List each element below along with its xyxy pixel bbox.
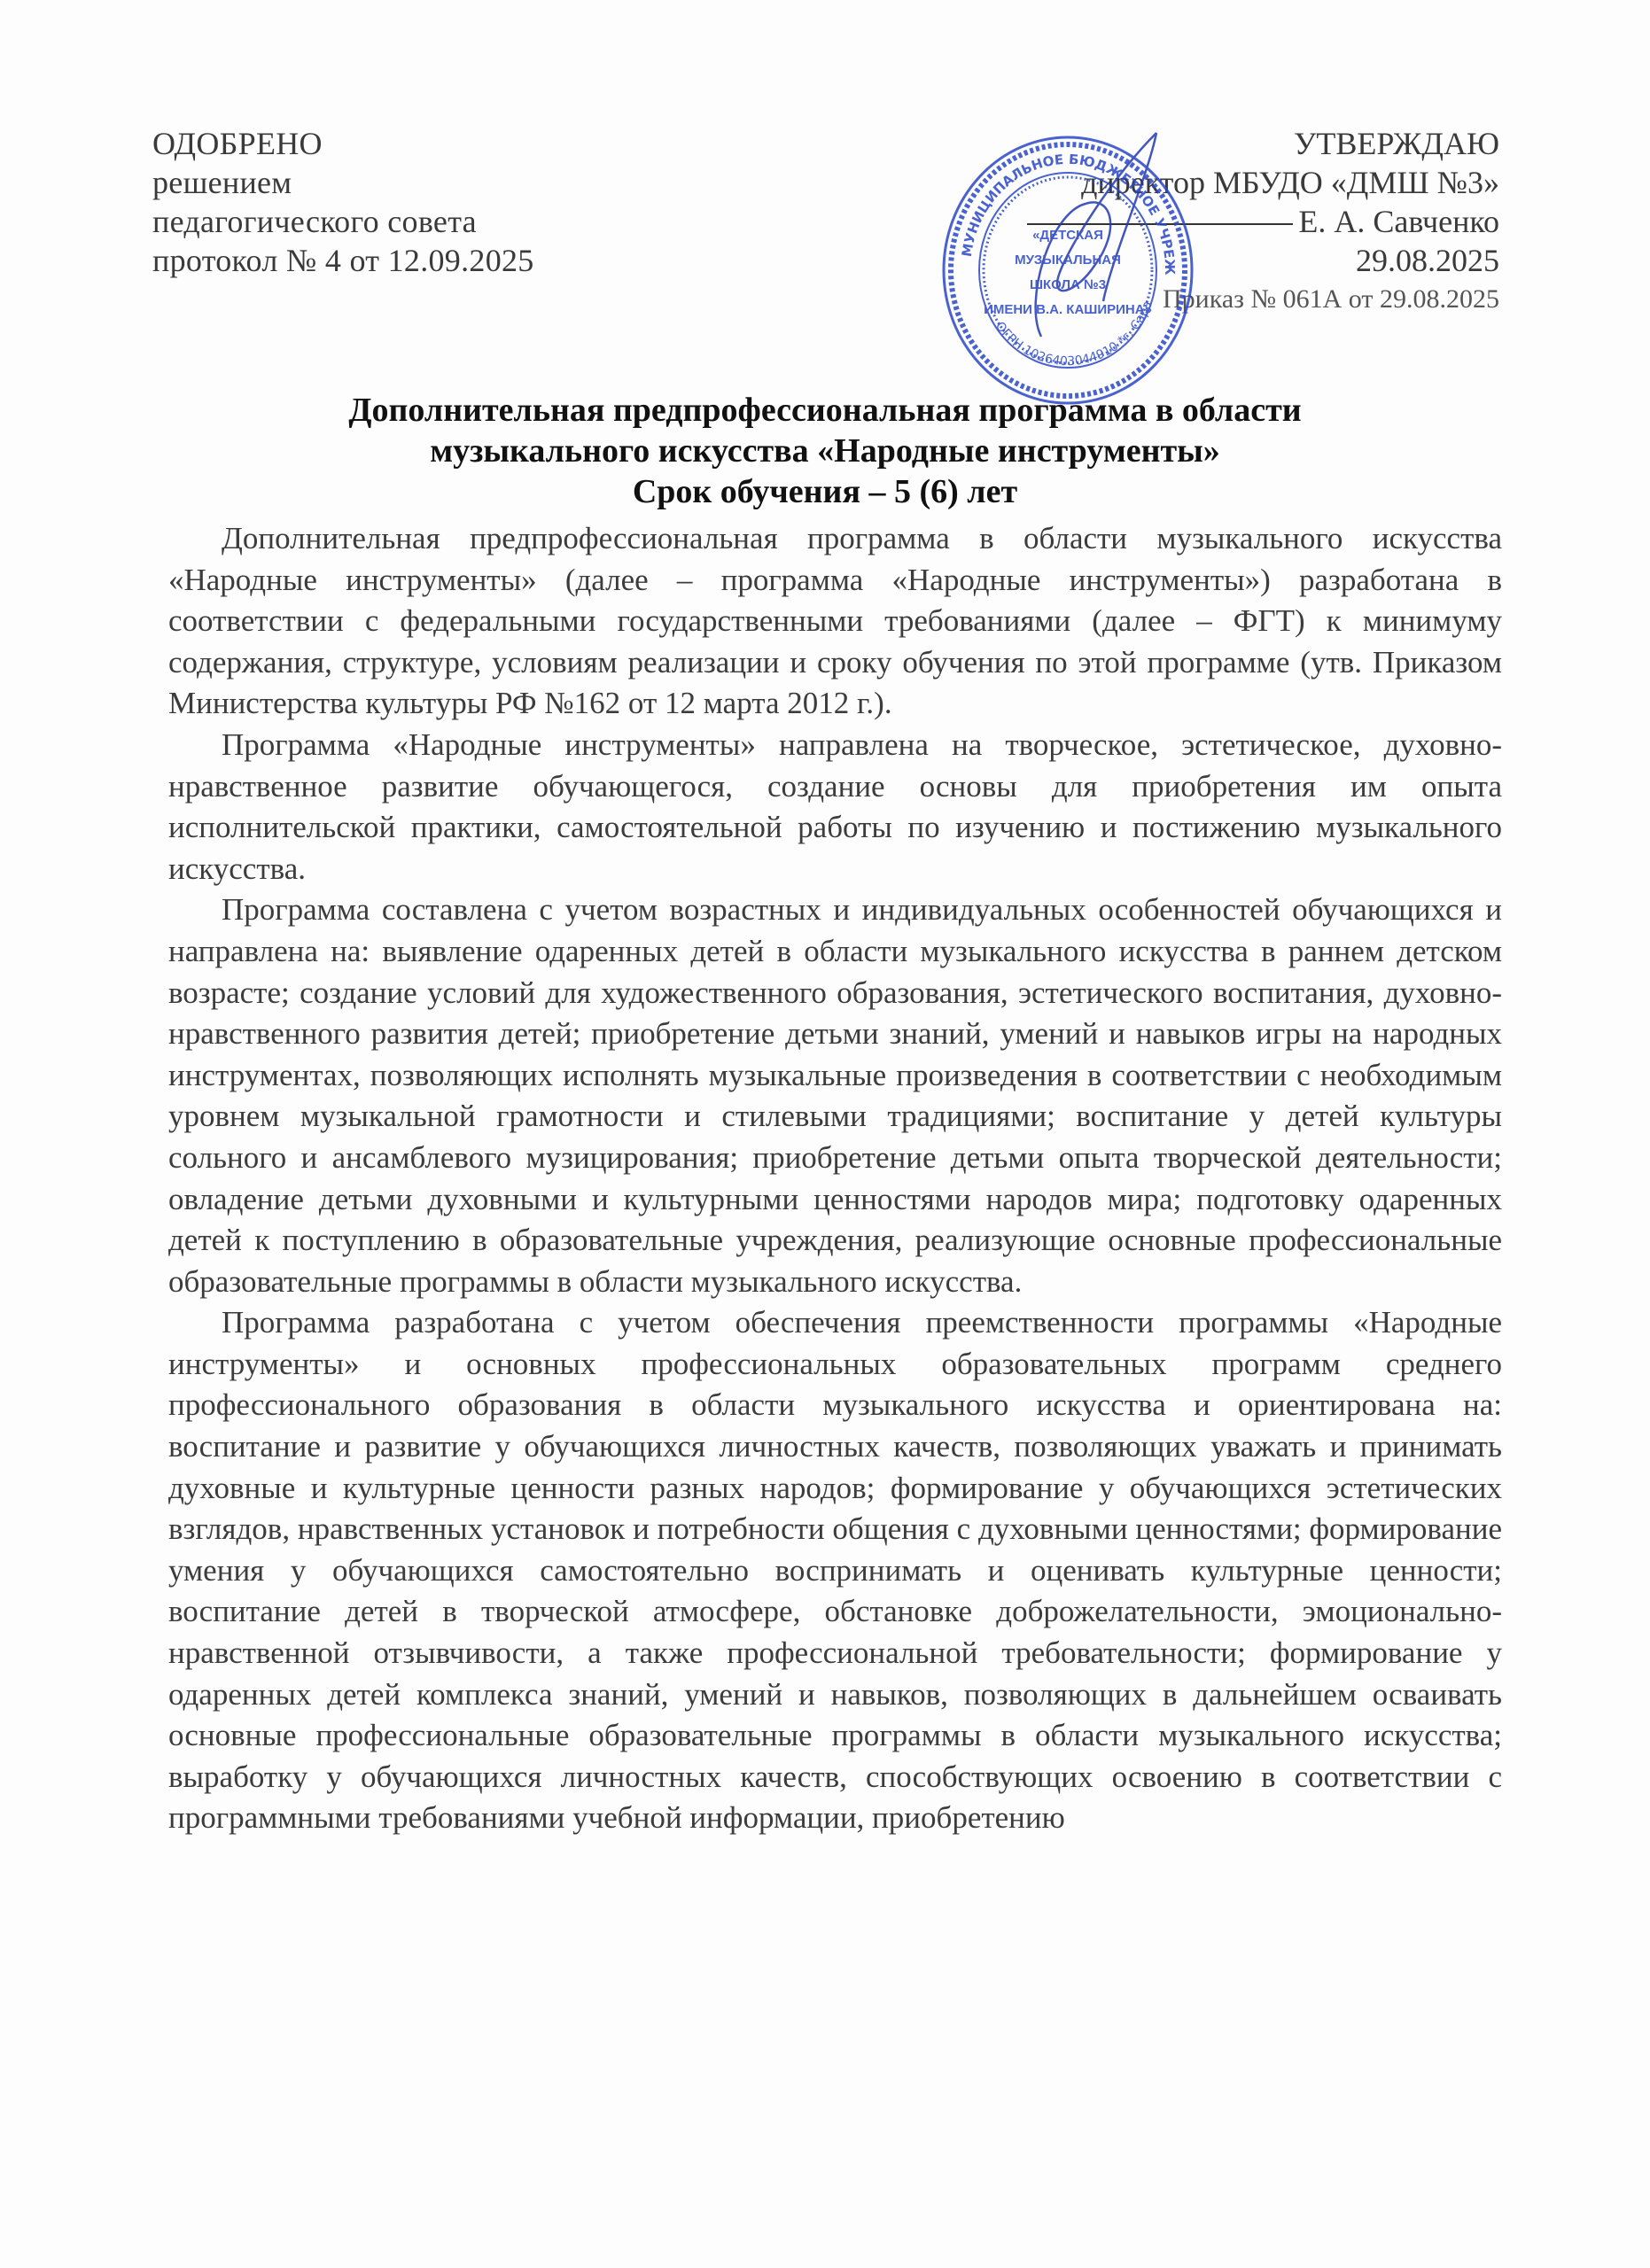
- title-line-2: музыкального искусства «Народные инструм…: [0, 431, 1650, 471]
- paragraph: Программа «Народные инструменты» направл…: [168, 725, 1502, 889]
- paragraph: Программа составлена с учетом возрастных…: [168, 889, 1502, 1302]
- approved-line-1: решением: [152, 163, 534, 202]
- document-title: Дополнительная предпрофессиональная прог…: [0, 390, 1650, 512]
- confirm-block: УТВЕРЖДАЮ директор МБУДО «ДМШ №3» Е. А. …: [1027, 124, 1499, 319]
- confirm-date: 29.08.2025: [1027, 241, 1499, 280]
- approved-label: ОДОБРЕНО: [152, 124, 534, 163]
- approved-block: ОДОБРЕНО решением педагогического совета…: [152, 124, 534, 280]
- order-reference: Приказ № 061А от 29.08.2025: [1027, 280, 1499, 319]
- document-page: ОДОБРЕНО решением педагогического совета…: [0, 0, 1650, 2268]
- document-body: Дополнительная предпрофессиональная прог…: [168, 518, 1502, 1839]
- signature-line: [1027, 223, 1293, 225]
- approved-line-2: педагогического совета: [152, 202, 534, 241]
- paragraph: Дополнительная предпрофессиональная прог…: [168, 518, 1502, 725]
- director-position: директор МБУДО «ДМШ №3»: [1027, 163, 1499, 202]
- paragraph: Программа разработана с учетом обеспечен…: [168, 1302, 1502, 1839]
- title-line-1: Дополнительная предпрофессиональная прог…: [0, 390, 1650, 431]
- director-name-line: Е. А. Савченко: [1027, 202, 1499, 241]
- confirm-label: УТВЕРЖДАЮ: [1027, 124, 1499, 163]
- approved-protocol: протокол № 4 от 12.09.2025: [152, 241, 534, 280]
- director-name: Е. А. Савченко: [1298, 204, 1499, 239]
- title-duration: Срок обучения – 5 (6) лет: [0, 471, 1650, 512]
